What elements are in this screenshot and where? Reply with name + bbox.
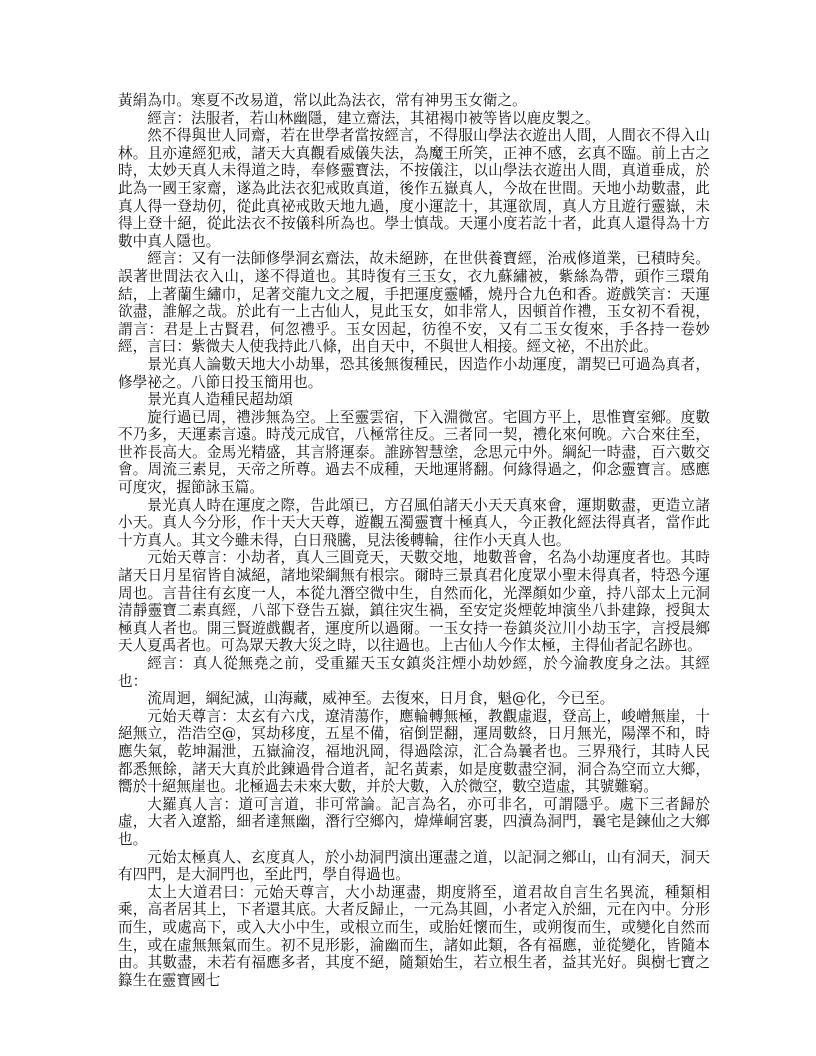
paragraph-tai-shang-dao-jun: 太上大道君曰：元始天尊言，大小劫運盡，期度將至，道君故自言生名異流，種類相乘，高… bbox=[118, 884, 710, 990]
paragraph-yuan-shi-xiao-jie: 元始天尊言：小劫者，真人三圓竟天，天數交地，地數普會，名為小劫運度者也。其時諸天… bbox=[118, 549, 710, 655]
paragraph-song-verse: 旋行過已周，禮涉無為空。上至靈雲宿，下入淵微宮。宅圓方平上，思惟寶室鄉。度數不乃… bbox=[118, 409, 710, 497]
document-page: 黃絹為巾。寒夏不改易道，常以此為法衣，常有神男玉女衛之。 經言：法服者，若山林幽… bbox=[118, 92, 710, 989]
paragraph-tai-ji-zhen-ren: 元始太極真人、玄度真人，於小劫洞門演出運盡之道，以記洞之鄉山，山有洞天，洞天有四… bbox=[118, 849, 710, 884]
paragraph-verse-liu-zhou: 流周迴，綱紀滅，山海藏，威神至。去復來，日月食，魁@化，今已至。 bbox=[118, 690, 710, 708]
paragraph-jing-yan-zhen-ren: 經言：真人從無堯之前，受重羅天玉女鎮炎注煙小劫妙經，於今淪教度身之法。其經也： bbox=[118, 655, 710, 690]
paragraph-bu-de-yu-shi-ren: 然不得與世人同齋，若在世學者當按經言，不得服山學法衣遊出人間，人間衣不得入山林。… bbox=[118, 127, 710, 250]
paragraph-jing-yan-fa-fu: 經言：法服者，若山林幽隱，建立齋法，其裙褐巾被等皆以鹿皮製之。 bbox=[118, 110, 710, 128]
paragraph-yuan-shi-tai-xuan: 元始天尊言：太玄有六戊，遼清蕩作，應輪轉無極，教觀虛遐，登高上，峻嶒無崖，十絕無… bbox=[118, 708, 710, 796]
paragraph-jing-guang-lun-shu: 景光真人論數天地大小劫畢，恐其後無復種民，因造作小劫運度，謂契已可過為真者，修學… bbox=[118, 356, 710, 391]
paragraph-da-luo-zhen-ren: 大羅真人言：道可言道，非可常論。記言為名，亦可非名，可謂隱乎。處下三者歸於虛，大… bbox=[118, 796, 710, 849]
paragraph-continuation: 黃絹為巾。寒夏不改易道，常以此為法衣，常有神男玉女衛之。 bbox=[118, 92, 710, 110]
paragraph-jing-yan-fa-shi: 經言：又有一法師修學洞玄齋法，故未絕跡，在世供養寶經，治戒修道業，已積時矣。誤著… bbox=[118, 250, 710, 356]
paragraph-jing-guang-yun-du: 景光真人時在運度之際，告此頌已，方召風伯諸天小天天真來會，運期數盡，更造立諸小天… bbox=[118, 497, 710, 550]
section-heading-chao-jie-song: 景光真人造種民超劫頌 bbox=[118, 391, 710, 409]
